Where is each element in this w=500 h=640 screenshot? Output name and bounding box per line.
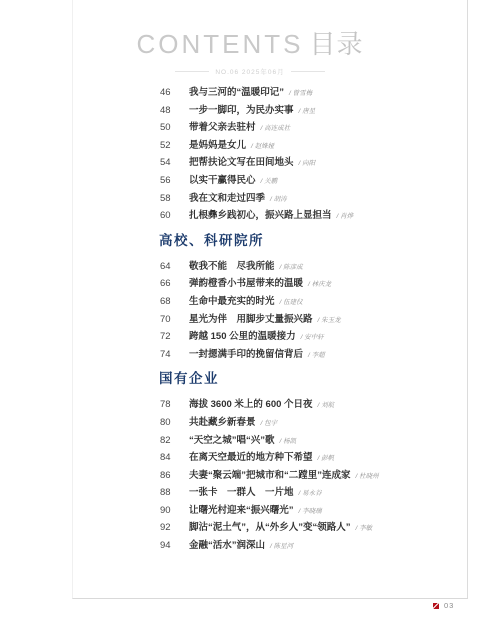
entry-author: 杜晓州 [356, 471, 379, 480]
entry-title: “天空之城”唱“兴”歌 [189, 432, 275, 446]
entry-author: 曾雪梅 [289, 88, 312, 97]
entry-title: 海拔 3600 米上的 600 个日夜 [189, 396, 313, 410]
toc-entry: 56 以实干赢得民心 关鹏 [160, 172, 430, 190]
entry-page-number: 64 [160, 261, 181, 272]
entry-author: 赵姝娅 [251, 141, 274, 150]
entry-page-number: 54 [160, 157, 181, 168]
entry-title: 夫妻“聚云端”把城市和“二蹚里”连成家 [189, 467, 351, 481]
toc-entry: 88 一张卡 一群人 一片地 易永谷 [160, 484, 430, 502]
entry-page-number: 82 [160, 435, 181, 446]
entry-author: 朱玉龙 [318, 315, 341, 324]
toc-entry: 52 是妈妈是女儿 赵姝娅 [160, 137, 430, 155]
toc-entry: 78 海拔 3600 米上的 600 个日夜 刘航 [160, 396, 430, 414]
entry-title: 我与三河的“温暖印记” [189, 84, 284, 98]
divider-rule-left [175, 71, 209, 72]
entry-author: 唐星 [299, 106, 316, 115]
toc-entry: 64 敬我不能 尽我所能 陈彦成 [160, 258, 430, 276]
entry-page-number: 78 [160, 399, 181, 410]
entry-author: 陈彦成 [280, 262, 303, 271]
section-title-state-enterprises: 国有企业 [159, 370, 430, 388]
toc-entry: 80 共赴藏乡新春景 包宇 [160, 414, 430, 432]
toc-list: 46 我与三河的“温暖印记” 曾雪梅 48 一步一脚印，为民办实事 唐星 50 … [160, 84, 430, 555]
entry-author: 杨凯 [280, 436, 297, 445]
entry-title: 金融“活水”润深山 [189, 537, 265, 551]
toc-entry: 94 金融“活水”润深山 陈星河 [160, 537, 430, 555]
entry-title: 我在文和走过四季 [189, 190, 265, 204]
entry-author: 伍建仪 [280, 297, 303, 306]
toc-entry: 84 在离天空最近的地方种下希望 彭帆 [160, 449, 430, 467]
entry-author: 高连成社 [261, 123, 291, 132]
entry-author: 李超 [308, 350, 325, 359]
entry-title: 把帮扶论文写在田间地头 [189, 154, 294, 168]
entry-title: 以实干赢得民心 [189, 172, 256, 186]
entry-page-number: 68 [160, 296, 181, 307]
contents-header: CONTENTS目录 NO.06 2025年06月 [100, 24, 400, 76]
toc-entry: 46 我与三河的“温暖印记” 曾雪梅 [160, 84, 430, 102]
entry-page-number: 90 [160, 505, 181, 516]
entry-author: 李晓瑞 [299, 506, 322, 515]
entry-title: 星光为伴 用脚步丈量振兴路 [189, 311, 313, 325]
entry-page-number: 94 [160, 540, 181, 551]
entry-author: 肖烨 [337, 211, 354, 220]
entry-page-number: 48 [160, 105, 181, 116]
entry-author: 林庆龙 [308, 279, 331, 288]
entry-author: 李敏 [356, 523, 373, 532]
toc-entry: 90 让曙光村迎来“振兴曙光” 李晓瑞 [160, 502, 430, 520]
entry-title: 跨越 150 公里的温暖接力 [189, 328, 296, 342]
footer-page-number: 03 [444, 601, 454, 610]
toc-entry: 50 带着父亲去驻村 高连成社 [160, 119, 430, 137]
toc-entry: 68 生命中最充实的时光 伍建仪 [160, 293, 430, 311]
toc-entry: 74 一封摁满手印的挽留信背后 李超 [160, 346, 430, 364]
entry-page-number: 46 [160, 87, 181, 98]
entry-title: 生命中最充实的时光 [189, 293, 275, 307]
toc-entry: 72 跨越 150 公里的温暖接力 安中轩 [160, 328, 430, 346]
toc-entry: 60 扎根彝乡践初心，振兴路上显担当 肖烨 [160, 207, 430, 225]
entry-author: 向阳 [299, 158, 316, 167]
entry-title: 在离天空最近的地方种下希望 [189, 449, 313, 463]
entry-title: 脚沾“泥土气”，从“外乡人”变“领路人” [189, 519, 351, 533]
entry-author: 胡涛 [270, 194, 287, 203]
entry-page-number: 84 [160, 452, 181, 463]
entry-title: 让曙光村迎来“振兴曙光” [189, 502, 294, 516]
entry-page-number: 70 [160, 314, 181, 325]
entry-page-number: 66 [160, 278, 181, 289]
entry-page-number: 56 [160, 175, 181, 186]
page-footer: 03 [433, 601, 454, 610]
entry-title: 是妈妈是女儿 [189, 137, 246, 151]
entry-title: 弹韵橙香小书屋带来的温暖 [189, 275, 303, 289]
entry-author: 包宇 [261, 418, 278, 427]
entry-author: 易永谷 [299, 488, 322, 497]
entry-title: 一封摁满手印的挽留信背后 [189, 346, 303, 360]
toc-entry: 70 星光为伴 用脚步丈量振兴路 朱玉龙 [160, 311, 430, 329]
entry-title: 敬我不能 尽我所能 [189, 258, 275, 272]
divider-rule-right [291, 71, 325, 72]
entry-author: 陈星河 [270, 541, 293, 550]
toc-entry: 92 脚沾“泥土气”，从“外乡人”变“领路人” 李敏 [160, 519, 430, 537]
contents-title-cn: 目录 [309, 29, 363, 59]
entry-title: 带着父亲去驻村 [189, 119, 256, 133]
toc-entry: 54 把帮扶论文写在田间地头 向阳 [160, 154, 430, 172]
issue-info-row: NO.06 2025年06月 [100, 67, 400, 76]
toc-entry: 48 一步一脚印，为民办实事 唐星 [160, 102, 430, 120]
entry-page-number: 92 [160, 522, 181, 533]
toc-entry: 86 夫妻“聚云端”把城市和“二蹚里”连成家 杜晓州 [160, 467, 430, 485]
entry-author: 关鹏 [261, 176, 278, 185]
issue-info: NO.06 2025年06月 [215, 67, 284, 76]
entry-page-number: 58 [160, 193, 181, 204]
entry-page-number: 50 [160, 122, 181, 133]
entry-title: 扎根彝乡践初心，振兴路上显担当 [189, 207, 332, 221]
entry-author: 安中轩 [301, 332, 324, 341]
toc-entry: 58 我在文和走过四季 胡涛 [160, 190, 430, 208]
contents-title-en: CONTENTS [136, 29, 303, 59]
entry-author: 刘航 [318, 400, 335, 409]
contents-title: CONTENTS目录 [100, 24, 400, 61]
entry-page-number: 88 [160, 487, 181, 498]
entry-title: 一步一脚印，为民办实事 [189, 102, 294, 116]
entry-page-number: 72 [160, 331, 181, 342]
toc-entry: 66 弹韵橙香小书屋带来的温暖 林庆龙 [160, 275, 430, 293]
entry-page-number: 52 [160, 140, 181, 151]
entry-page-number: 60 [160, 210, 181, 221]
entry-title: 共赴藏乡新春景 [189, 414, 256, 428]
publisher-logo-icon [433, 603, 439, 609]
toc-entry: 82 “天空之城”唱“兴”歌 杨凯 [160, 432, 430, 450]
section-title-universities: 高校、科研院所 [159, 232, 430, 250]
entry-page-number: 86 [160, 470, 181, 481]
entry-author: 彭帆 [318, 453, 335, 462]
entry-page-number: 74 [160, 349, 181, 360]
entry-title: 一张卡 一群人 一片地 [189, 484, 294, 498]
entry-page-number: 80 [160, 417, 181, 428]
